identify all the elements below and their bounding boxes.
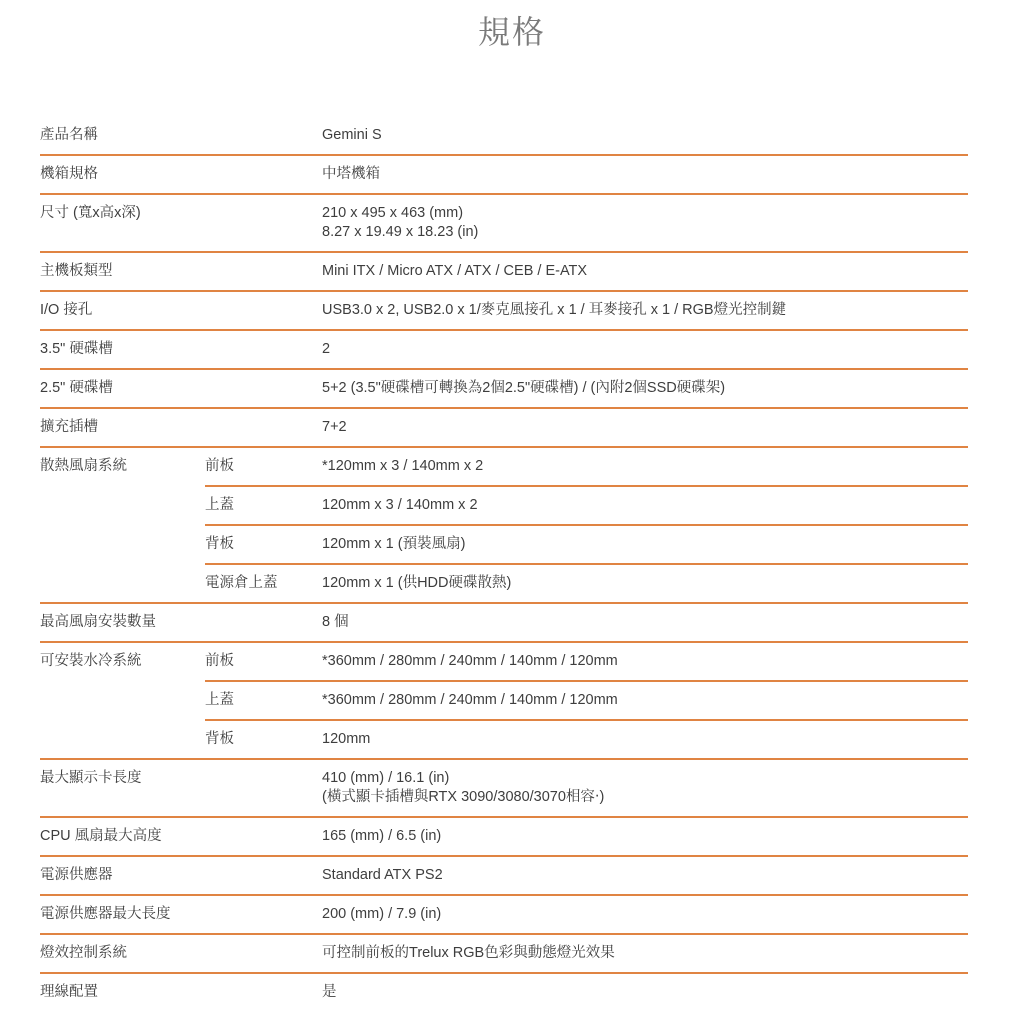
value-line: *360mm / 280mm / 240mm / 140mm / 120mm	[322, 652, 968, 671]
table-row: I/O 接孔USB3.0 x 2, USB2.0 x 1/麥克風接孔 x 1 /…	[40, 292, 968, 331]
row-label: 3.5" 硬碟槽	[40, 331, 322, 368]
spec-table-body: 產品名稱Gemini S機箱規格中塔機箱尺寸 (寬x高x深)210 x 495 …	[40, 117, 968, 1011]
subrow-list: 前板*360mm / 280mm / 240mm / 140mm / 120mm…	[205, 643, 968, 758]
row-label: 最高風扇安裝數量	[40, 604, 322, 641]
row-value: Standard ATX PS2	[322, 857, 968, 894]
row-label: 散熱風扇系統	[40, 448, 205, 602]
row-value: 可控制前板的Trelux RGB色彩與動態燈光效果	[322, 935, 968, 972]
table-row: 擴充插槽7+2	[40, 409, 968, 448]
subrow-label: 背板	[205, 526, 322, 563]
table-subrow: 背板120mm x 1 (預裝風扇)	[205, 526, 968, 565]
row-value: *120mm x 3 / 140mm x 2	[322, 448, 968, 485]
subrow-label: 電源倉上蓋	[205, 565, 322, 602]
row-value: 120mm x 1 (供HDD硬碟散熱)	[322, 565, 968, 602]
table-row: 燈效控制系統可控制前板的Trelux RGB色彩與動態燈光效果	[40, 935, 968, 974]
table-row-group: 可安裝水冷系統前板*360mm / 280mm / 240mm / 140mm …	[40, 643, 968, 760]
row-label: 燈效控制系統	[40, 935, 322, 972]
row-label: 擴充插槽	[40, 409, 322, 446]
row-value: 8 個	[322, 604, 968, 641]
value-line: 410 (mm) / 16.1 (in)	[322, 769, 968, 788]
row-label: 產品名稱	[40, 117, 322, 154]
row-value: 410 (mm) / 16.1 (in)(橫式顯卡插槽與RTX 3090/308…	[322, 760, 968, 816]
table-subrow: 背板120mm	[205, 721, 968, 758]
row-label: 電源供應器	[40, 857, 322, 894]
table-row: CPU 風扇最大高度165 (mm) / 6.5 (in)	[40, 818, 968, 857]
row-value: 200 (mm) / 7.9 (in)	[322, 896, 968, 933]
value-line: USB3.0 x 2, USB2.0 x 1/麥克風接孔 x 1 / 耳麥接孔 …	[322, 301, 968, 320]
table-row: 尺寸 (寬x高x深)210 x 495 x 463 (mm)8.27 x 19.…	[40, 195, 968, 253]
table-row: 產品名稱Gemini S	[40, 117, 968, 156]
value-line: 210 x 495 x 463 (mm)	[322, 204, 968, 223]
row-value: 中塔機箱	[322, 156, 968, 193]
value-line: 165 (mm) / 6.5 (in)	[322, 827, 968, 846]
value-line: 120mm	[322, 730, 968, 749]
value-line: (橫式顯卡插槽與RTX 3090/3080/3070相容‧)	[322, 788, 968, 807]
value-line: 120mm x 1 (供HDD硬碟散熱)	[322, 574, 968, 593]
page-title: 規格	[0, 0, 1024, 51]
table-subrow: 上蓋120mm x 3 / 140mm x 2	[205, 487, 968, 526]
table-subrow: 電源倉上蓋120mm x 1 (供HDD硬碟散熱)	[205, 565, 968, 602]
subrow-label: 前板	[205, 448, 322, 485]
row-label: 2.5" 硬碟槽	[40, 370, 322, 407]
row-value: *360mm / 280mm / 240mm / 140mm / 120mm	[322, 643, 968, 680]
value-line: Gemini S	[322, 126, 968, 145]
value-line: *360mm / 280mm / 240mm / 140mm / 120mm	[322, 691, 968, 710]
row-label: 可安裝水冷系統	[40, 643, 205, 758]
table-row: 電源供應器最大長度200 (mm) / 7.9 (in)	[40, 896, 968, 935]
value-line: 7+2	[322, 418, 968, 437]
row-label: 機箱規格	[40, 156, 322, 193]
row-label: CPU 風扇最大高度	[40, 818, 322, 855]
subrow-list: 前板*120mm x 3 / 140mm x 2上蓋120mm x 3 / 14…	[205, 448, 968, 602]
subrow-label: 上蓋	[205, 487, 322, 524]
table-row: 理線配置是	[40, 974, 968, 1011]
row-value: 165 (mm) / 6.5 (in)	[322, 818, 968, 855]
row-value: 7+2	[322, 409, 968, 446]
row-label: 理線配置	[40, 974, 322, 1011]
row-label: 尺寸 (寬x高x深)	[40, 195, 322, 251]
row-value: 120mm x 3 / 140mm x 2	[322, 487, 968, 524]
value-line: 5+2 (3.5"硬碟槽可轉換為2個2.5"硬碟槽) / (內附2個SSD硬碟架…	[322, 379, 968, 398]
value-line: *120mm x 3 / 140mm x 2	[322, 457, 968, 476]
row-value: Mini ITX / Micro ATX / ATX / CEB / E-ATX	[322, 253, 968, 290]
table-row: 機箱規格中塔機箱	[40, 156, 968, 195]
value-line: 8 個	[322, 613, 968, 632]
subrow-label: 背板	[205, 721, 322, 758]
table-subrow: 上蓋*360mm / 280mm / 240mm / 140mm / 120mm	[205, 682, 968, 721]
spec-table: 產品名稱Gemini S機箱規格中塔機箱尺寸 (寬x高x深)210 x 495 …	[40, 117, 968, 1011]
table-row: 主機板類型Mini ITX / Micro ATX / ATX / CEB / …	[40, 253, 968, 292]
row-value: Gemini S	[322, 117, 968, 154]
table-row: 最高風扇安裝數量8 個	[40, 604, 968, 643]
table-row: 2.5" 硬碟槽5+2 (3.5"硬碟槽可轉換為2個2.5"硬碟槽) / (內附…	[40, 370, 968, 409]
value-line: Mini ITX / Micro ATX / ATX / CEB / E-ATX	[322, 262, 968, 281]
value-line: 是	[322, 983, 968, 1002]
table-row: 最大顯示卡長度410 (mm) / 16.1 (in)(橫式顯卡插槽與RTX 3…	[40, 760, 968, 818]
row-value: 2	[322, 331, 968, 368]
row-value: USB3.0 x 2, USB2.0 x 1/麥克風接孔 x 1 / 耳麥接孔 …	[322, 292, 968, 329]
row-value: 120mm x 1 (預裝風扇)	[322, 526, 968, 563]
value-line: 120mm x 3 / 140mm x 2	[322, 496, 968, 515]
table-row-group: 散熱風扇系統前板*120mm x 3 / 140mm x 2上蓋120mm x …	[40, 448, 968, 604]
table-subrow: 前板*120mm x 3 / 140mm x 2	[205, 448, 968, 487]
row-label: 最大顯示卡長度	[40, 760, 322, 816]
value-line: Standard ATX PS2	[322, 866, 968, 885]
table-row: 電源供應器Standard ATX PS2	[40, 857, 968, 896]
row-value: 120mm	[322, 721, 968, 758]
row-value: *360mm / 280mm / 240mm / 140mm / 120mm	[322, 682, 968, 719]
value-line: 2	[322, 340, 968, 359]
value-line: 中塔機箱	[322, 165, 968, 184]
row-label: 電源供應器最大長度	[40, 896, 322, 933]
subrow-label: 前板	[205, 643, 322, 680]
row-label: 主機板類型	[40, 253, 322, 290]
value-line: 8.27 x 19.49 x 18.23 (in)	[322, 223, 968, 242]
table-row: 3.5" 硬碟槽2	[40, 331, 968, 370]
row-value: 5+2 (3.5"硬碟槽可轉換為2個2.5"硬碟槽) / (內附2個SSD硬碟架…	[322, 370, 968, 407]
value-line: 120mm x 1 (預裝風扇)	[322, 535, 968, 554]
value-line: 200 (mm) / 7.9 (in)	[322, 905, 968, 924]
table-subrow: 前板*360mm / 280mm / 240mm / 140mm / 120mm	[205, 643, 968, 682]
value-line: 可控制前板的Trelux RGB色彩與動態燈光效果	[322, 944, 968, 963]
row-value: 是	[322, 974, 968, 1011]
row-label: I/O 接孔	[40, 292, 322, 329]
subrow-label: 上蓋	[205, 682, 322, 719]
row-value: 210 x 495 x 463 (mm)8.27 x 19.49 x 18.23…	[322, 195, 968, 251]
